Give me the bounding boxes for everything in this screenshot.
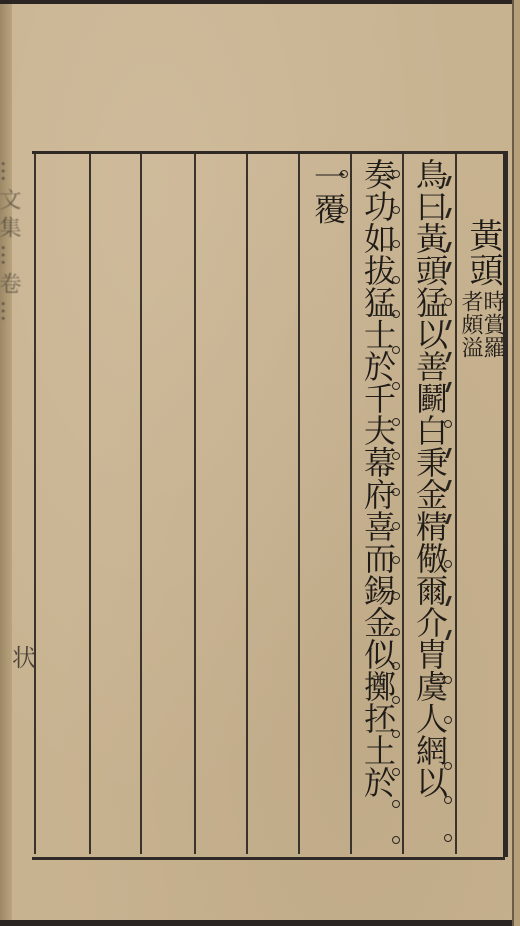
book-spine xyxy=(0,4,12,920)
column-rule xyxy=(455,154,457,854)
column-rule xyxy=(246,154,248,854)
column-rule xyxy=(140,154,142,854)
column-heading: 黃頭 xyxy=(458,218,508,287)
text-column: 鳥曰黃頭猛以善鬬白秉金精儆爾介胄虞人網以 xyxy=(405,158,455,798)
column-rule xyxy=(350,154,352,854)
annotation-right: 時賞羅 xyxy=(480,290,504,359)
adjacent-page-edge xyxy=(512,0,520,926)
column-rule xyxy=(34,154,36,854)
spine-title: …文集…卷… xyxy=(0,160,24,328)
annotation-left: 者頗溢 xyxy=(458,290,482,359)
column-rule xyxy=(298,154,300,854)
column-rule xyxy=(89,154,91,854)
column-rule xyxy=(194,154,196,854)
